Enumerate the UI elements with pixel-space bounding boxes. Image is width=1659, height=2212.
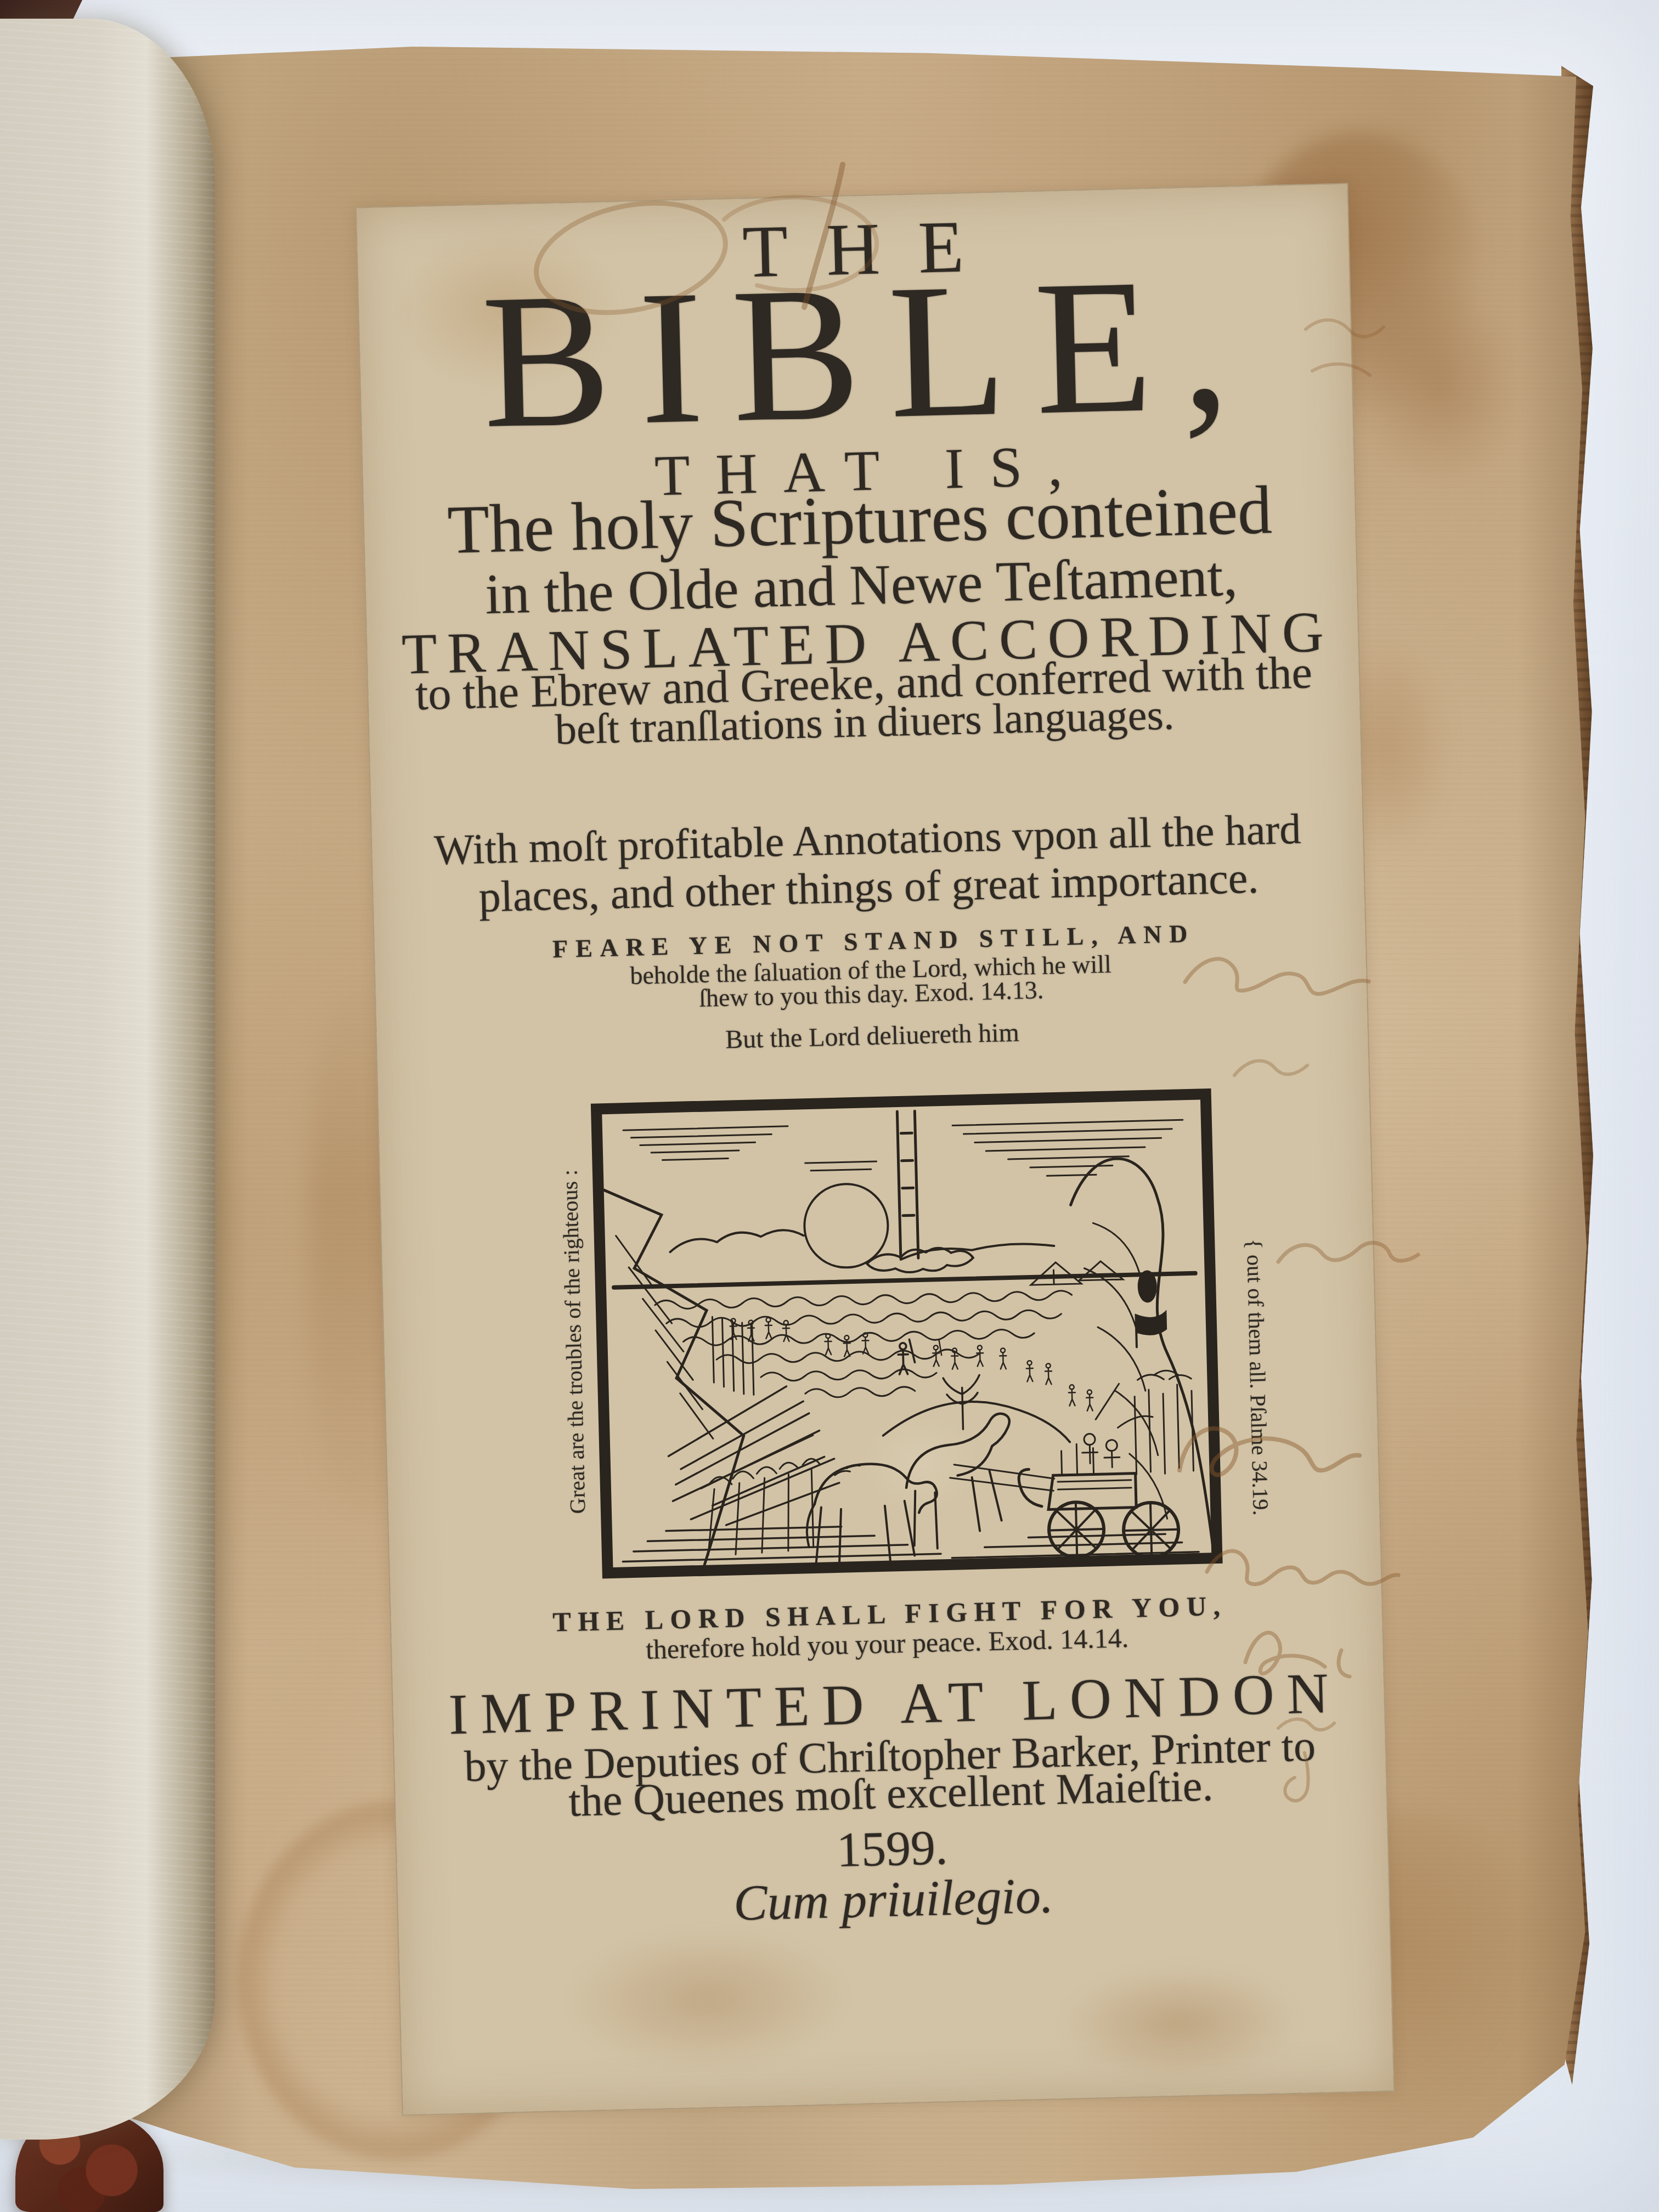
stain — [563, 1925, 852, 2075]
title-word-bible: BIBLE, — [358, 244, 1353, 460]
woodcut-illustration: Woodcut of the Israelites encamped beyon… — [590, 1087, 1224, 1579]
stain — [1058, 1963, 1302, 2085]
inlaid-title-leaf: THE BIBLE, THAT IS, The holy Scriptures … — [356, 183, 1395, 2115]
woodcut-caption-left: Great are the troubles of the righteous … — [555, 1094, 592, 1589]
psalm-fragment: But the Lord deliuereth him — [377, 1009, 1368, 1063]
photo-of-antique-bible: THE BIBLE, THAT IS, The holy Scriptures … — [0, 0, 1659, 2212]
stain — [1358, 277, 1522, 486]
mounting-page: THE BIBLE, THAT IS, The holy Scriptures … — [118, 47, 1591, 2189]
curled-flyleaf — [0, 19, 215, 2140]
